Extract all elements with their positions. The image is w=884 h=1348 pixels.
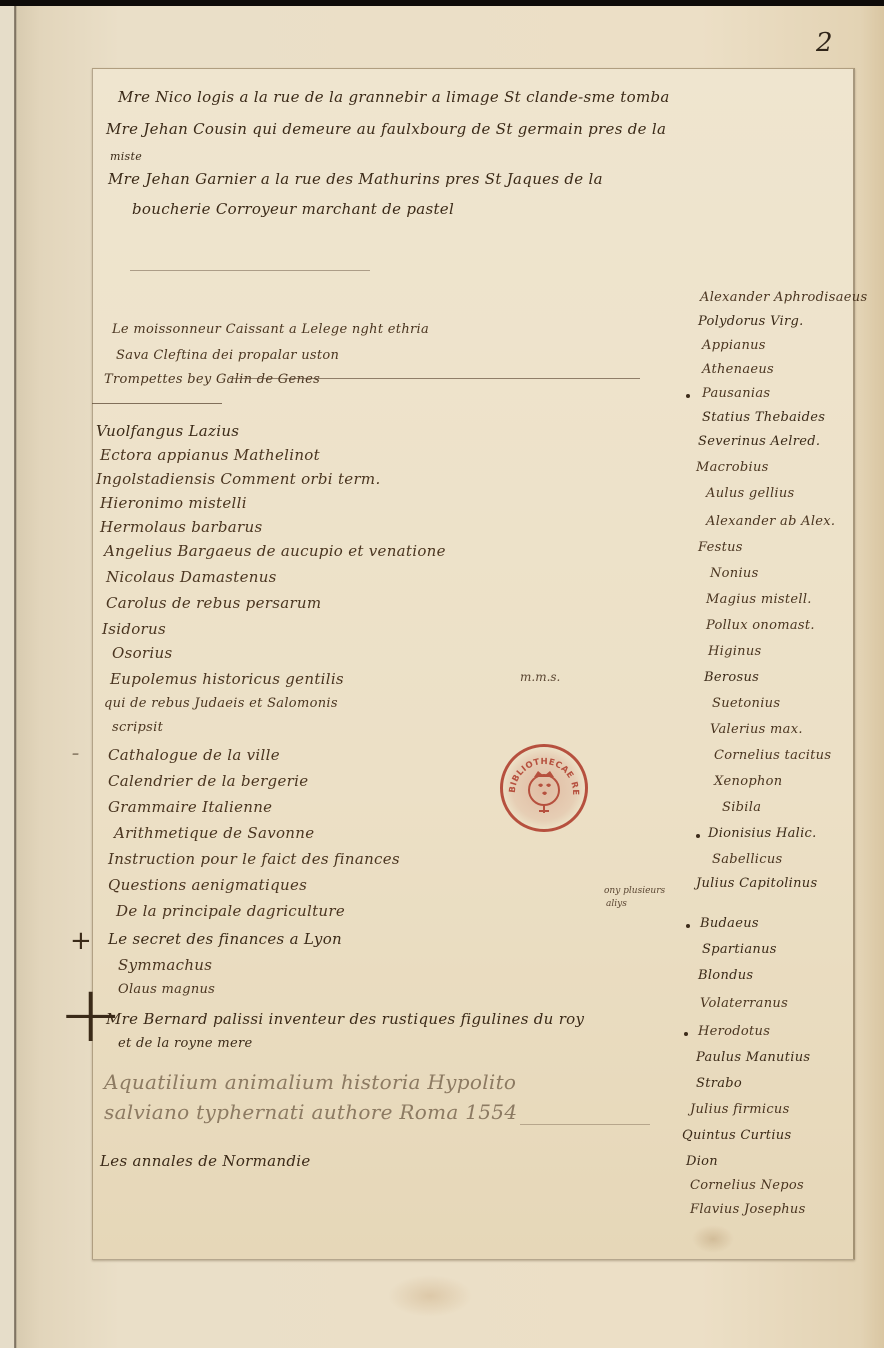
- right-entry: Budaeus: [700, 916, 759, 931]
- right-entry: Alexander Aphrodisaeus: [700, 290, 867, 305]
- right-entry: Athenaeus: [702, 362, 774, 377]
- right-entry: Higinus: [708, 644, 762, 659]
- right-entry: Dionisius Halic.: [708, 826, 817, 841]
- right-entry: Sabellicus: [712, 852, 782, 867]
- right-entry: Appianus: [702, 338, 766, 353]
- middle-entry: Sava Cleftina dei propalar uston: [116, 348, 339, 363]
- left-entry: Carolus de rebus persarum: [106, 594, 321, 612]
- library-stamp: BIBLIOTHECAE REGIAE: [500, 744, 588, 832]
- left-entry: Grammaire Italienne: [108, 798, 272, 816]
- left-entry: Hermolaus barbarus: [100, 518, 262, 536]
- top-entry: Mre Jehan Cousin qui demeure au faulxbou…: [106, 120, 666, 138]
- right-entry: Cornelius tacitus: [714, 748, 831, 763]
- right-entry: Valerius max.: [710, 722, 803, 737]
- left-entry: Symmachus: [118, 956, 212, 974]
- right-entry: Festus: [698, 540, 743, 555]
- right-entry: Alexander ab Alex.: [706, 514, 835, 529]
- strike-line: [230, 378, 640, 379]
- left-entry: Le secret des finances a Lyon: [108, 930, 342, 948]
- right-entry: Polydorus Virg.: [698, 314, 804, 329]
- right-entry: Pollux onomast.: [706, 618, 815, 633]
- top-entry: miste: [110, 150, 142, 163]
- right-entry: Aulus gellius: [706, 486, 795, 501]
- right-entry: Xenophon: [714, 774, 782, 789]
- left-entry: qui de rebus Judaeis et Salomonis: [104, 696, 338, 711]
- svg-text:BIBLIOTHECAE REGIAE: BIBLIOTHECAE REGIAE: [503, 747, 580, 796]
- right-entry: Berosus: [704, 670, 759, 685]
- left-entry: Mre Bernard palissi inventeur des rustiq…: [106, 1010, 584, 1028]
- bullet-mark: [686, 394, 690, 398]
- right-entry: Flavius Josephus: [690, 1202, 806, 1217]
- left-entry: Ectora appianus Mathelinot: [100, 446, 320, 464]
- faint-entry: Aquatilium animalium historia Hypolito: [104, 1070, 516, 1094]
- left-entry: Questions aenigmatiques: [108, 876, 307, 894]
- right-entry: Julius firmicus: [690, 1102, 790, 1117]
- bullet-mark: [684, 1032, 688, 1036]
- right-entry: Spartianus: [702, 942, 777, 957]
- right-entry: Magius mistell.: [706, 592, 812, 607]
- left-entry: Olaus magnus: [118, 982, 215, 997]
- left-entry: Osorius: [112, 644, 172, 662]
- right-entry: Suetonius: [712, 696, 780, 711]
- underline: [520, 1124, 650, 1125]
- right-entry: Herodotus: [698, 1024, 770, 1039]
- left-entry: Nicolaus Damastenus: [106, 568, 277, 586]
- left-entry: Isidorus: [102, 620, 166, 638]
- left-entry: Eupolemus historicus gentilis: [110, 670, 344, 688]
- right-entry: Cornelius Nepos: [690, 1178, 804, 1193]
- dash-mark: –: [72, 746, 79, 762]
- left-entry: Instruction pour le faict des finances: [108, 850, 400, 868]
- right-entry: Dion: [686, 1154, 718, 1169]
- left-entry: Hieronimo mistelli: [100, 494, 247, 512]
- binding-gutter: [14, 6, 16, 1348]
- bullet-mark: [686, 924, 690, 928]
- right-entry: Macrobius: [696, 460, 769, 475]
- left-entry: De la principale dagriculture: [116, 902, 345, 920]
- left-entry: Ingolstadiensis Comment orbi term.: [96, 470, 381, 488]
- middle-entry: Trompettes bey Galin de Genes: [104, 372, 320, 387]
- folio-number: 2: [816, 28, 833, 58]
- right-entry: Nonius: [710, 566, 759, 581]
- left-entry: Calendrier de la bergerie: [108, 772, 308, 790]
- left-entry: Vuolfangus Lazius: [96, 422, 239, 440]
- left-entry: Angelius Bargaeus de aucupio et venation…: [104, 542, 446, 560]
- side-note: ony plusieurs: [604, 886, 665, 896]
- side-note: aliys: [606, 899, 627, 909]
- divider-rule: [92, 403, 222, 404]
- left-entry: Arithmetique de Savonne: [114, 824, 314, 842]
- right-entry: Pausanias: [702, 386, 770, 401]
- right-entry: Statius Thebaides: [702, 410, 825, 425]
- middle-entry: Le moissonneur Caissant a Lelege nght et…: [112, 322, 429, 337]
- right-entry: Strabo: [696, 1076, 742, 1091]
- stamp-emblem-icon: BIBLIOTHECAE REGIAE: [503, 747, 585, 829]
- margin-annotation: m.m.s.: [520, 670, 560, 684]
- right-entry: Quintus Curtius: [682, 1128, 791, 1143]
- bullet-mark: [696, 834, 700, 838]
- left-entry: et de la royne mere: [118, 1036, 252, 1051]
- manuscript-folio: 2 Mre Nico logis a la rue de la grannebi…: [0, 6, 884, 1348]
- top-entry: Mre Nico logis a la rue de la grannebir …: [118, 88, 670, 106]
- left-entry: scripsit: [112, 720, 163, 735]
- cross-mark-icon: +: [70, 928, 92, 954]
- faint-entry: salviano typhernati authore Roma 1554: [104, 1100, 517, 1124]
- right-entry: Blondus: [698, 968, 753, 983]
- left-entry: Les annales de Normandie: [100, 1152, 311, 1170]
- right-entry: Julius Capitolinus: [696, 876, 817, 891]
- left-entry: Cathalogue de la ville: [108, 746, 280, 764]
- right-entry: Volaterranus: [700, 996, 788, 1011]
- right-entry: Severinus Aelred.: [698, 434, 820, 449]
- right-entry: Sibila: [722, 800, 761, 815]
- top-entry: Mre Jehan Garnier a la rue des Mathurins…: [108, 170, 603, 188]
- top-entry: boucherie Corroyeur marchant de pastel: [132, 200, 454, 218]
- right-entry: Paulus Manutius: [696, 1050, 810, 1065]
- divider-rule: [130, 270, 370, 271]
